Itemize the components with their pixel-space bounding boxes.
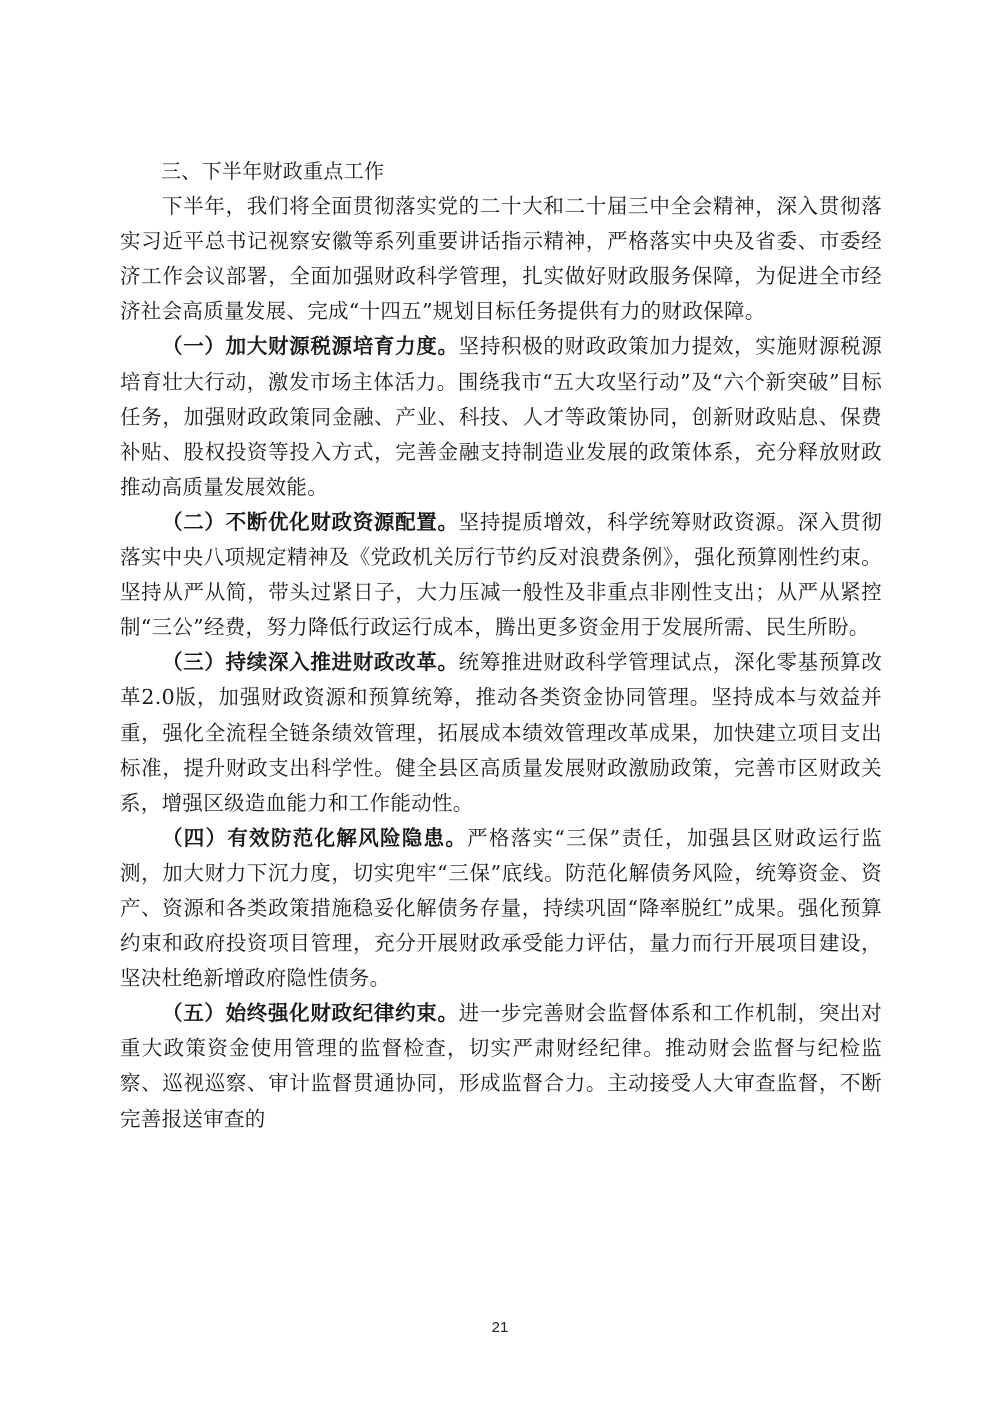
section-title-3: （三）持续深入推进财政改革。: [162, 650, 459, 674]
section-body-3: 统筹推进财政科学管理试点，深化零基预算改革2.0版，加强财政资源和预算统筹，推动…: [120, 650, 882, 814]
section-title-4: （四）有效防范化解风险隐患。: [162, 826, 467, 850]
section-paragraph-4: （四）有效防范化解风险隐患。严格落实“三保”责任，加强县区财政运行监测，加大财力…: [120, 821, 882, 996]
section-paragraph-1: （一）加大财源税源培育力度。坚持积极的财政政策加力提效，实施财源税源培育壮大行动…: [120, 329, 882, 504]
page-number: 21: [0, 1319, 1000, 1336]
section-body-1: 坚持积极的财政政策加力提效，实施财源税源培育壮大行动，激发市场主体活力。围绕我市…: [120, 334, 882, 498]
document-page: 三、下半年财政重点工作 下半年，我们将全面贯彻落实党的二十大和二十届三中全会精神…: [120, 154, 882, 1137]
section-body-4: 严格落实“三保”责任，加强县区财政运行监测，加大财力下沉力度，切实兜牢“三保”底…: [120, 826, 882, 990]
section-title-2: （二）不断优化财政资源配置。: [162, 510, 459, 534]
section-paragraph-5: （五）始终强化财政纪律约束。进一步完善财会监督体系和工作机制，突出对重大政策资金…: [120, 996, 882, 1136]
section-heading: 三、下半年财政重点工作: [120, 154, 882, 189]
section-paragraph-2: （二）不断优化财政资源配置。坚持提质增效，科学统筹财政资源。深入贯彻落实中央八项…: [120, 505, 882, 645]
intro-paragraph: 下半年，我们将全面贯彻落实党的二十大和二十届三中全会精神，深入贯彻落实习近平总书…: [120, 189, 882, 329]
section-title-1: （一）加大财源税源培育力度。: [162, 334, 459, 358]
section-paragraph-3: （三）持续深入推进财政改革。统筹推进财政科学管理试点，深化零基预算改革2.0版，…: [120, 645, 882, 820]
section-title-5: （五）始终强化财政纪律约束。: [162, 1001, 459, 1025]
